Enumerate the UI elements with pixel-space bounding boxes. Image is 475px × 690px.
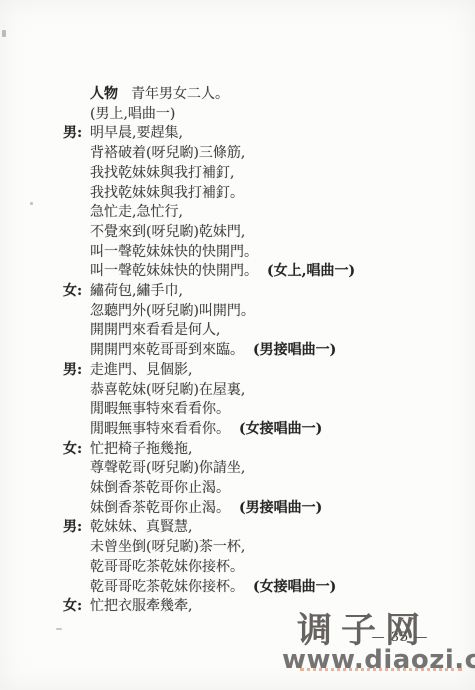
lyric-text: 開開門來乾哥哥到來臨。 — [90, 342, 244, 358]
speaker-label: 女: — [63, 282, 82, 302]
script-line: 急忙走,急忙行, — [63, 203, 463, 223]
speaker-label: 女: — [63, 440, 82, 460]
scan-speck — [2, 30, 6, 37]
script-line: 妹倒香茶乾哥你止渴。 — [63, 479, 463, 499]
script-line: 叫一聲乾妹妹快的快開門。 — [63, 243, 463, 263]
script-line: 閒暇無事特來看看你。 — [63, 400, 463, 420]
script-line: 叫一聲乾妹妹快的快開門。(女上,唱曲一) — [63, 262, 463, 282]
lyric-text: 叫一聲乾妹妹快的快開門。 — [90, 263, 258, 279]
lyric-text: 閒暇無事特來看看你。 — [90, 421, 230, 437]
scan-speck — [30, 202, 33, 205]
watermark-site-url: www.diaozi.com — [282, 645, 475, 675]
script-line: 開開門來乾哥哥到來臨。(男接唱曲一) — [63, 341, 463, 361]
script-line: 男:走進門、見個影, — [63, 361, 463, 381]
cast-label: 人物 — [90, 86, 118, 102]
lyric-text: 開開門來看看是何人, — [90, 322, 220, 338]
speaker-label: 女: — [63, 597, 82, 617]
lyric-text: 未曾坐倒(呀兒喲)茶一杯, — [90, 539, 245, 555]
script-line: 乾哥哥吃茶乾妹你接杯。(女接唱曲一) — [63, 578, 463, 598]
script-line: 女:繡荷包,繡手巾, — [63, 282, 463, 302]
lyric-text: 走進門、見個影, — [90, 362, 192, 378]
script-line: 未曾坐倒(呀兒喲)茶一杯, — [63, 538, 463, 558]
watermark-red-artifact — [300, 668, 462, 671]
script-line: 我找乾妹妹與我打補釘, — [63, 164, 463, 184]
script-line: 乾哥哥吃茶乾妹你接杯。 — [63, 558, 463, 578]
speaker-label: 男: — [63, 518, 82, 538]
script-line: 男:乾妹妹、真賢慧, — [63, 518, 463, 538]
lyric-text: 背褡破着(呀兒喲)三條筋, — [90, 145, 245, 161]
page-number: — 35 — — [368, 630, 432, 645]
script-line: 女:忙把椅子拖幾拖, — [63, 440, 463, 460]
stage-direction: (男接唱曲一) — [253, 342, 336, 358]
lyric-text: (男上,唱曲一) — [90, 106, 175, 122]
lyric-text: 閒暇無事特來看看你。 — [90, 401, 230, 417]
lyric-text: 妹倒香茶乾哥你止渴。 — [90, 500, 230, 516]
lyric-text: 我找乾妹妹與我打補釘, — [90, 165, 234, 181]
script-line: 閒暇無事特來看看你。(女接唱曲一) — [63, 420, 463, 440]
stage-direction: (女上,唱曲一) — [267, 263, 355, 279]
script-line: 不覺來到(呀兒喲)乾妹門, — [63, 223, 463, 243]
script-line: 我找乾妹妹與我打補釘。 — [63, 184, 463, 204]
scanned-script-page: 人物青年男女二人。 (男上,唱曲一)男:明早晨,要趕集,背褡破着(呀兒喲)三條筋… — [0, 0, 475, 690]
speaker-label: 男: — [63, 124, 82, 144]
script-line: 妹倒香茶乾哥你止渴。(男接唱曲一) — [63, 499, 463, 519]
lyric-text: 明早晨,要趕集, — [90, 125, 183, 141]
script-line: 尊聲乾哥(呀兒喲)你請坐, — [63, 459, 463, 479]
script-text-block: 人物青年男女二人。 (男上,唱曲一)男:明早晨,要趕集,背褡破着(呀兒喲)三條筋… — [63, 85, 463, 617]
stage-direction: (男接唱曲一) — [239, 500, 322, 516]
lyric-text: 叫一聲乾妹妹快的快開門。 — [90, 244, 258, 260]
script-line: 女:忙把衣服牽幾牽, — [63, 597, 463, 617]
cast-text: 青年男女二人。 — [131, 86, 229, 102]
script-line: (男上,唱曲一) — [63, 105, 463, 125]
cast-header-line: 人物青年男女二人。 — [63, 85, 463, 105]
stage-direction: (女接唱曲一) — [239, 421, 322, 437]
script-line: 開開門來看看是何人, — [63, 321, 463, 341]
lyric-text: 尊聲乾哥(呀兒喲)你請坐, — [90, 460, 245, 476]
lyric-text: 繡荷包,繡手巾, — [90, 283, 183, 299]
lyric-text: 不覺來到(呀兒喲)乾妹門, — [90, 224, 245, 240]
stage-direction: (女接唱曲一) — [253, 579, 336, 595]
lyric-text: 我找乾妹妹與我打補釘。 — [90, 185, 244, 201]
script-line: 忽聽門外(呀兒喲)叫開門。 — [63, 302, 463, 322]
lyric-text: 妹倒香茶乾哥你止渴。 — [90, 480, 230, 496]
script-line: 恭喜乾妹(呀兒喲)在屋裏, — [63, 381, 463, 401]
lyric-text: 急忙走,急忙行, — [90, 204, 183, 220]
lyric-text: 忽聽門外(呀兒喲)叫開門。 — [90, 303, 255, 319]
script-line: 背褡破着(呀兒喲)三條筋, — [63, 144, 463, 164]
script-line: 男:明早晨,要趕集, — [63, 124, 463, 144]
lyric-text: 恭喜乾妹(呀兒喲)在屋裏, — [90, 382, 245, 398]
lyric-text: 乾哥哥吃茶乾妹你接杯。 — [90, 579, 244, 595]
speaker-label: 男: — [63, 361, 82, 381]
lyric-text: 乾妹妹、真賢慧, — [90, 519, 192, 535]
lyric-text: 忙把椅子拖幾拖, — [90, 441, 192, 457]
scan-speck — [56, 628, 62, 630]
lyric-text: 乾哥哥吃茶乾妹你接杯。 — [90, 559, 244, 575]
lyric-text: 忙把衣服牽幾牽, — [90, 598, 192, 614]
